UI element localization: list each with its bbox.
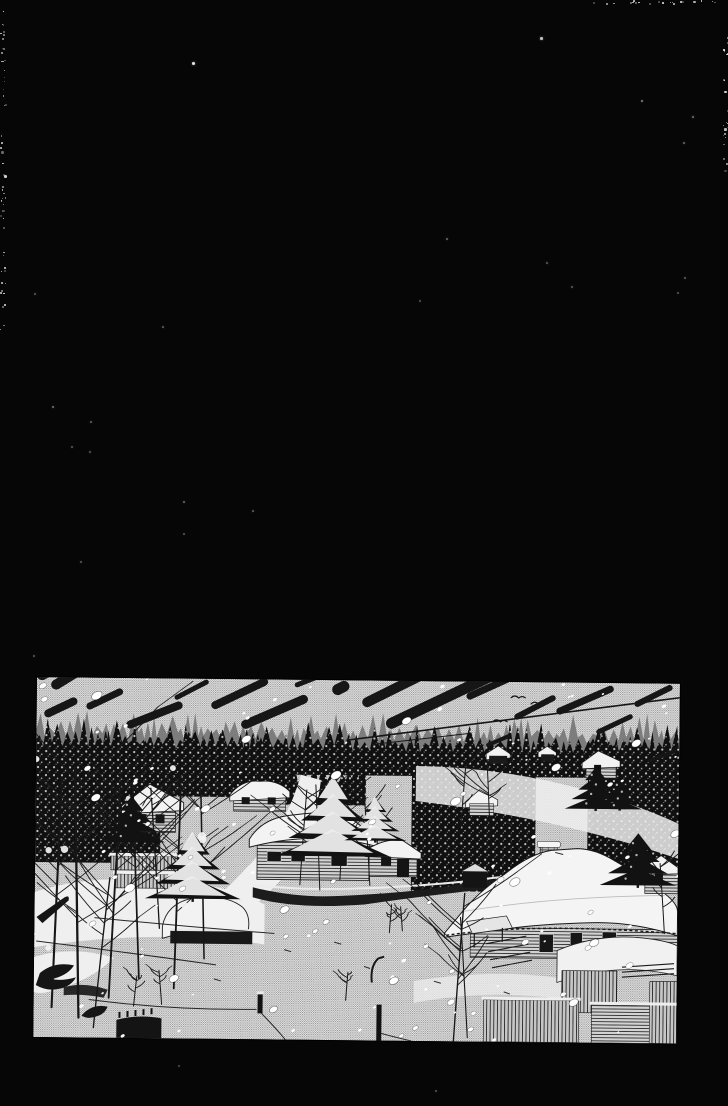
noise-speck [2,61,4,63]
noise-speck [649,3,651,5]
noise-speck [3,31,5,33]
star [435,1090,437,1092]
noise-speck [3,34,5,36]
noise-speck [725,137,726,138]
star [183,533,185,535]
noise-speck [724,91,726,93]
noise-speck [723,125,724,126]
noise-speck [632,2,634,4]
noise-speck [2,306,4,308]
noise-speck [5,197,6,198]
star [546,262,548,264]
star [684,277,686,279]
noise-speck [3,252,5,254]
noise-speck [724,80,725,81]
noise-speck [1,151,3,153]
noise-speck [638,2,640,4]
noise-speck [723,158,725,160]
noise-speck [2,38,4,40]
noise-speck [3,193,5,195]
star [540,37,543,40]
star [52,406,54,408]
noise-speck [3,293,5,295]
noise-speck [723,135,724,136]
star [446,238,448,240]
star [419,300,421,302]
star [90,421,92,423]
star [641,100,643,102]
noise-speck [5,283,6,284]
noise-speck [1,290,3,292]
noise-speck [1,135,2,136]
noise-speck [1,271,2,272]
star [80,561,82,563]
noise-speck [2,186,4,188]
noise-speck [613,3,615,5]
noise-speck [4,60,5,61]
noise-speck [2,189,4,191]
noise-speck [0,292,1,293]
noise-speck [3,48,5,50]
noise-speck [2,163,4,165]
star [252,510,254,512]
noise-speck [3,204,5,206]
noise-speck [658,1,659,2]
noise-speck [0,147,2,149]
star [692,116,694,118]
star [178,1065,180,1067]
noise-speck [3,255,4,256]
noise-speck [4,270,6,272]
noise-speck [3,325,5,327]
noise-speck [3,89,4,90]
noise-speck [723,49,724,50]
star [571,286,573,288]
noise-speck [0,215,2,217]
noise-speck [693,1,695,3]
star [683,142,685,144]
snow-village-panel [33,677,680,1044]
noise-speck [0,33,1,34]
noise-speck [1,142,3,144]
noise-speck [2,198,3,199]
star [192,62,195,65]
noise-speck [593,2,595,4]
noise-speck [3,218,4,219]
noise-speck [4,77,5,78]
noise-speck [0,329,1,330]
noise-speck [3,24,4,25]
noise-speck [1,61,2,62]
noise-speck [714,2,716,4]
noise-speck [712,1,713,2]
noise-speck [1,282,3,284]
noise-speck [1,52,3,54]
star [33,655,35,657]
noise-speck [4,304,6,306]
noise-speck [5,104,7,106]
noise-speck [3,95,5,97]
noise-speck [662,2,664,4]
noise-speck [723,144,724,145]
noise-speck [1,200,2,201]
star [71,446,73,448]
noise-speck [635,2,637,4]
star [183,501,185,503]
noise-speck [606,3,608,5]
noise-speck [673,3,675,5]
snow-village-scene [33,677,680,1044]
star [162,326,164,328]
noise-speck [4,70,5,71]
noise-speck [4,175,6,177]
noise-speck [724,170,726,172]
star [89,451,91,453]
star [34,293,36,295]
noise-speck [3,11,4,12]
noise-speck [3,227,4,228]
noise-speck [4,210,6,212]
noise-speck [4,81,5,82]
star [677,292,679,294]
noise-speck [4,267,5,268]
noise-speck [724,133,726,135]
noise-speck [681,1,683,3]
noise-speck [701,0,702,1]
manga-page [0,0,728,1106]
